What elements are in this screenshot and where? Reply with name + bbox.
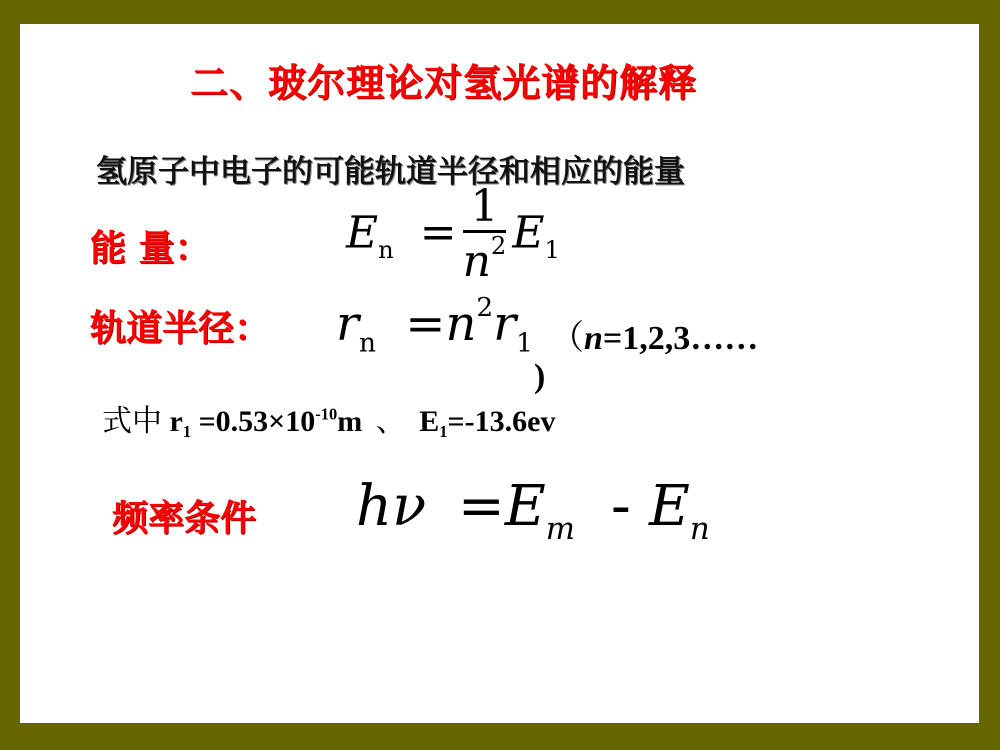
radius-n-symbol: n — [445, 296, 476, 352]
frequency-term1-symbol: E — [505, 474, 546, 539]
constant-e-value: =-13.6ev — [448, 405, 556, 438]
frequency-label: 频率条件 — [112, 490, 256, 541]
energy-fraction: 1n2 — [463, 184, 507, 288]
constants-line: 式中 r1 =0.53×10-10m 、 E1=-13.6ev — [102, 396, 555, 442]
constant-e-symbol: E — [419, 405, 439, 438]
constant-r-exponent: -10 — [315, 404, 337, 423]
energy-denominator-symbol: n — [463, 236, 491, 287]
radius-rhs-symbol: r — [493, 296, 516, 352]
energy-lhs-symbol: E — [346, 207, 378, 258]
slide-canvas: 二、玻尔理论对氢光谱的解释 氢原子中电子的可能轨道半径和相应的能量 能 量： E… — [20, 24, 979, 723]
radius-formula: rn =n2r1 — [336, 292, 533, 359]
energy-label: 能 量： — [90, 220, 211, 271]
energy-lhs-subscript: n — [378, 236, 394, 264]
energy-denominator-power: 2 — [491, 232, 506, 260]
frequency-term2-symbol: E — [649, 474, 690, 539]
constant-e-subscript: 1 — [439, 422, 447, 441]
radius-label: 轨道半径： — [90, 300, 270, 351]
radius-lhs-subscript: n — [359, 328, 376, 359]
constant-r-symbol: r — [170, 405, 183, 438]
frequency-term1-subscript: m — [546, 511, 575, 547]
frequency-minus: - — [611, 474, 631, 539]
radius-range: （n=1,2,3…… — [550, 310, 758, 359]
energy-rhs-symbol: E — [512, 207, 544, 258]
energy-numerator: 1 — [463, 184, 507, 233]
radius-range-var: n — [584, 320, 603, 357]
constant-r-unit: m — [337, 405, 362, 438]
frequency-equals: = — [458, 474, 505, 539]
radius-lhs-symbol: r — [336, 296, 359, 352]
radius-rhs-subscript: 1 — [516, 328, 533, 359]
frequency-term2-subscript: n — [690, 511, 710, 547]
radius-range-open: （ — [550, 320, 584, 357]
slide-title: 二、玻尔理论对氢光谱的解释 — [190, 52, 697, 107]
frequency-lhs: hν — [356, 474, 426, 539]
radius-equals: = — [405, 296, 445, 352]
radius-range-close: ) — [534, 358, 545, 396]
energy-formula: En =1n2E1 — [346, 184, 560, 288]
radius-n-power: 2 — [476, 292, 493, 323]
constants-prefix: 式中 — [102, 404, 162, 439]
constant-r-subscript: 1 — [183, 422, 191, 441]
energy-rhs-subscript: 1 — [544, 236, 559, 264]
constants-separator: 、 — [376, 405, 406, 438]
energy-equals: = — [420, 207, 457, 258]
constant-r-value: =0.53×10 — [191, 405, 315, 438]
frequency-formula: hν =Em -En — [356, 474, 710, 547]
radius-range-values: =1,2,3…… — [603, 320, 758, 357]
